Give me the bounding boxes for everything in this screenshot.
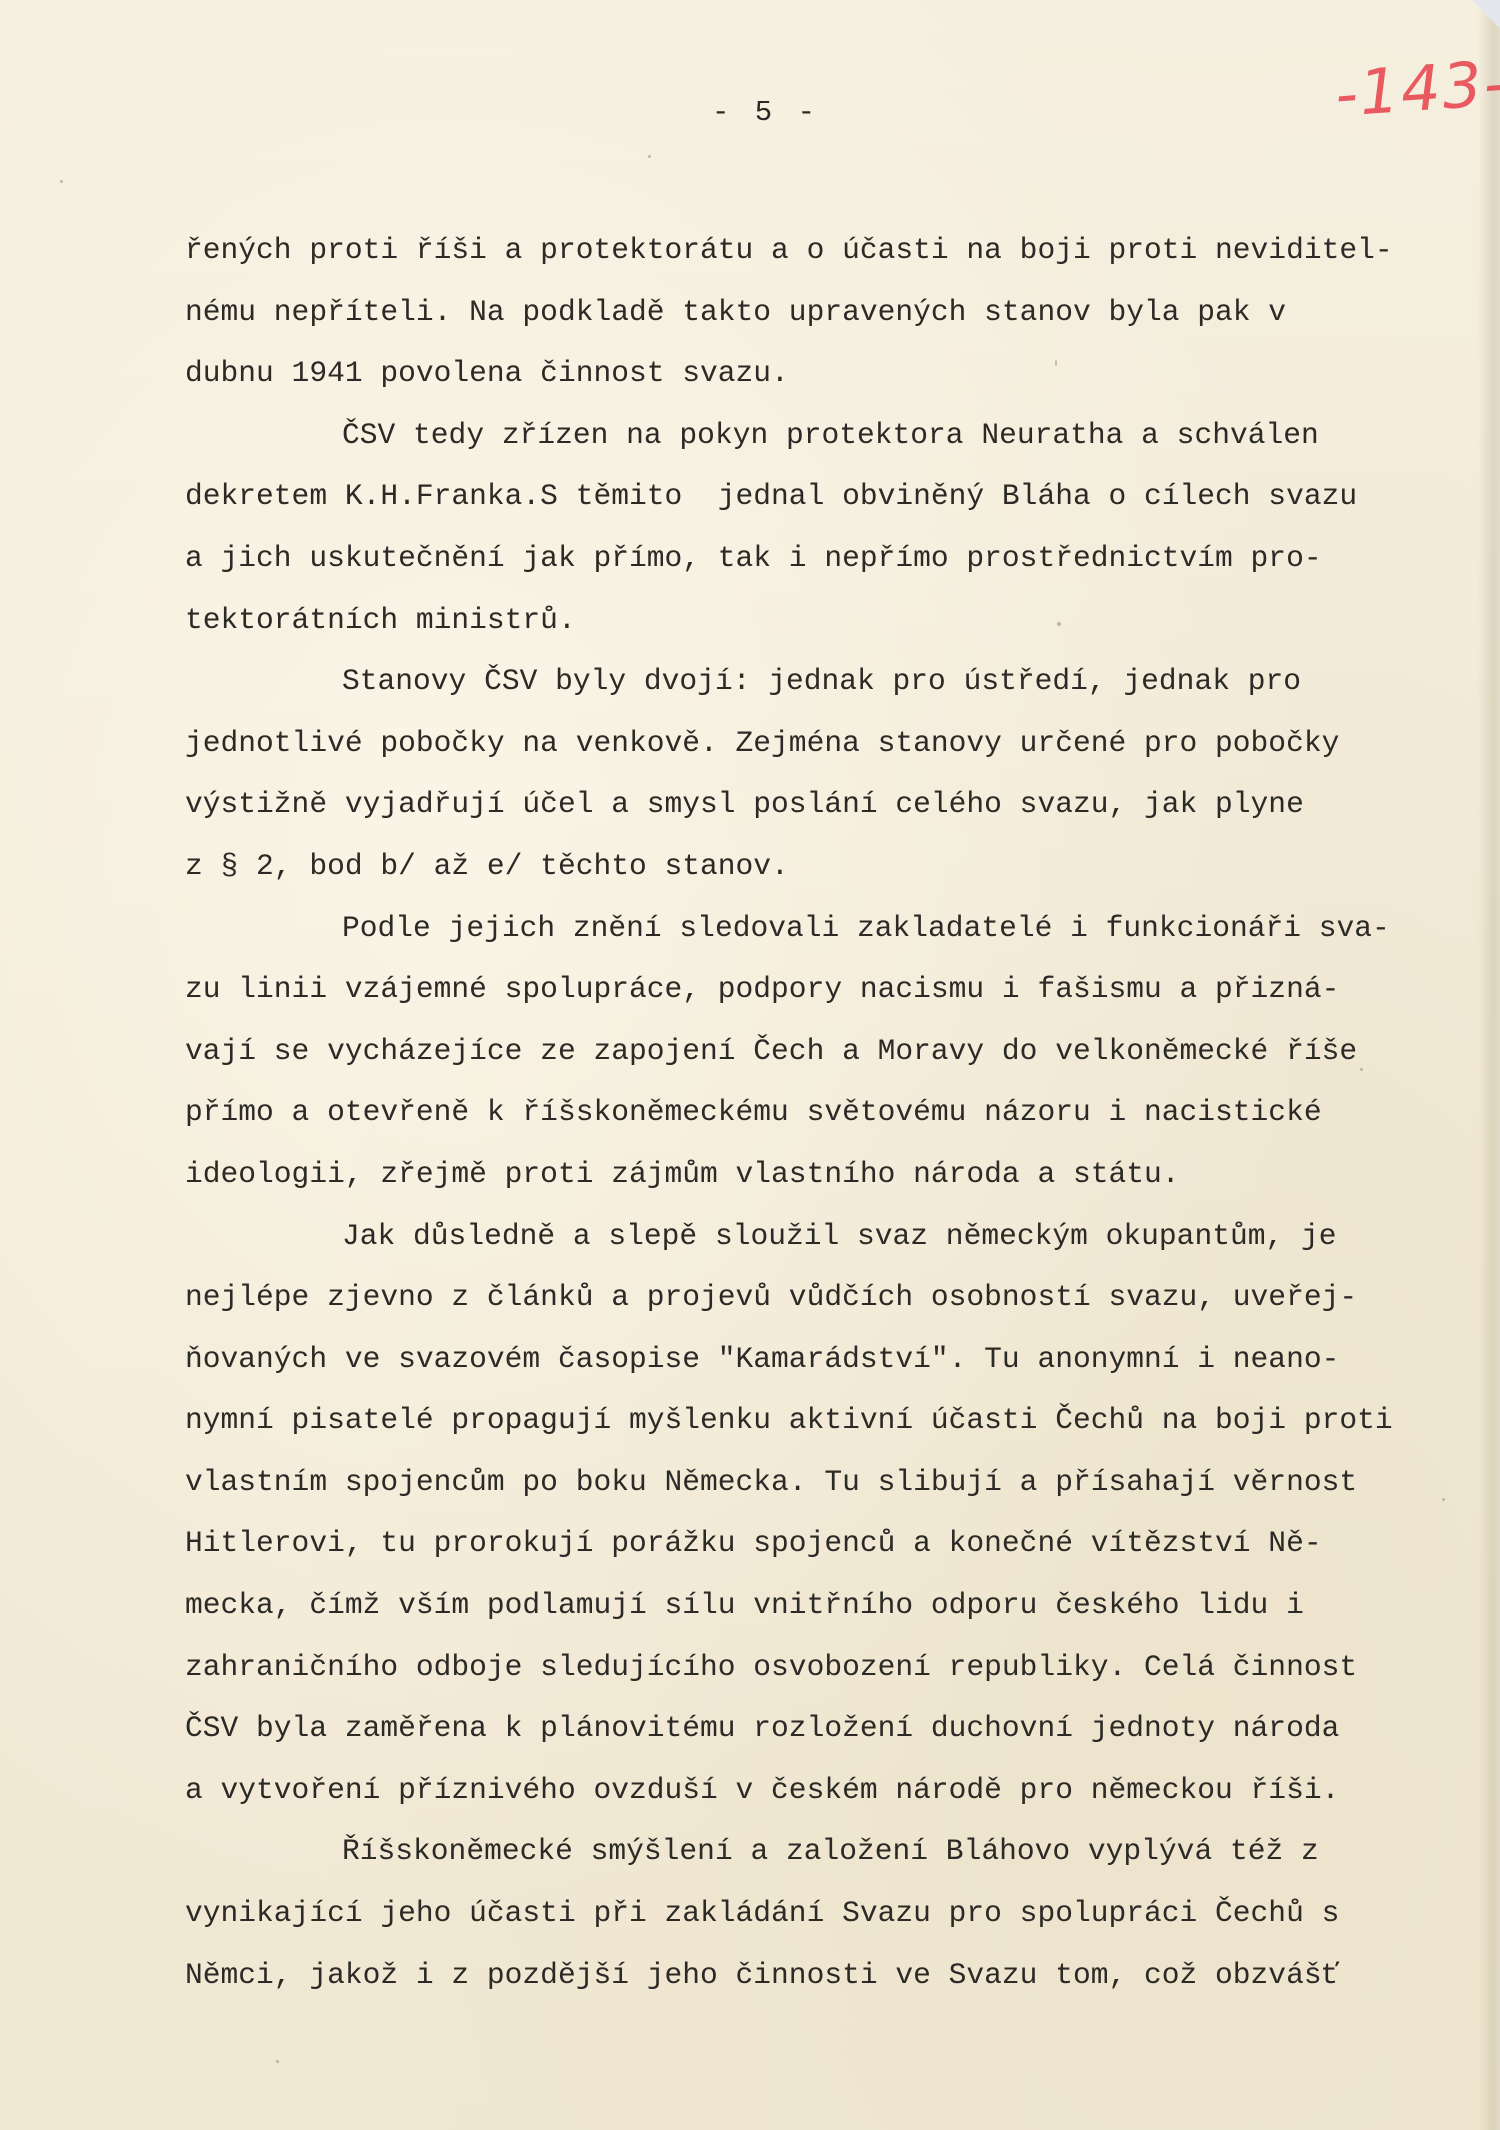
- text-line: a jich uskutečnění jak přímo, tak i nepř…: [185, 528, 1500, 590]
- text-line: tektorátních ministrů.: [185, 590, 1500, 652]
- text-line: Hitlerovi, tu prorokují porážku spojenců…: [185, 1513, 1500, 1575]
- text-line: ňovaných ve svazovém časopise "Kamarádst…: [185, 1329, 1500, 1391]
- paragraph-first-line: Říšskoněmecké smýšlení a založení Bláhov…: [185, 1821, 1500, 1883]
- text-line: z § 2, bod b/ až e/ těchto stanov.: [185, 836, 1500, 898]
- text-line: a vytvoření příznivého ovzduší v českém …: [185, 1760, 1500, 1822]
- paragraph-first-line: Podle jejich znění sledovali zakladatelé…: [185, 898, 1500, 960]
- text-line: nejlépe zjevno z článků a projevů vůdčíc…: [185, 1267, 1500, 1329]
- paper-speck: [1055, 360, 1057, 366]
- document-page: - 5 - -143- řených proti říši a protekto…: [0, 0, 1500, 2130]
- text-line: vynikající jeho účasti při zakládání Sva…: [185, 1883, 1500, 1945]
- paper-speck: [276, 2060, 279, 2063]
- paper-speck: [1442, 1498, 1445, 1501]
- typewritten-body: řených proti říši a protektorátu a o úča…: [185, 220, 1500, 2006]
- paper-speck: [1360, 1068, 1363, 1071]
- text-line: výstižně vyjadřují účel a smysl poslání …: [185, 774, 1500, 836]
- text-line: Němci, jakož i z pozdější jeho činnosti …: [185, 1945, 1500, 2007]
- text-line: přímo a otevřeně k říšskoněmeckému světo…: [185, 1082, 1500, 1144]
- paragraph-first-line: Stanovy ČSV byly dvojí: jednak pro ústře…: [185, 651, 1500, 713]
- text-line: řených proti říši a protektorátu a o úča…: [185, 220, 1500, 282]
- text-line: ČSV byla zaměřena k plánovitému rozložen…: [185, 1698, 1500, 1760]
- text-line: dekretem K.H.Franka.S těmito jednal obvi…: [185, 466, 1500, 528]
- text-line: dubnu 1941 povolena činnost svazu.: [185, 343, 1500, 405]
- text-line: zu linii vzájemné spolupráce, podpory na…: [185, 959, 1500, 1021]
- text-line: nymní pisatelé propagují myšlenku aktivn…: [185, 1390, 1500, 1452]
- text-line: mecka, čímž vším podlamují sílu vnitřníh…: [185, 1575, 1500, 1637]
- paper-speck: [60, 180, 63, 183]
- paper-speck: [648, 155, 651, 158]
- paragraph-first-line: Jak důsledně a slepě sloužil svaz německ…: [185, 1206, 1500, 1268]
- paragraph-first-line: ČSV tedy zřízen na pokyn protektora Neur…: [185, 405, 1500, 467]
- text-line: vají se vycházejíce ze zapojení Čech a M…: [185, 1021, 1500, 1083]
- text-line: vlastním spojencům po boku Německa. Tu s…: [185, 1452, 1500, 1514]
- paper-corner: [1460, 0, 1500, 30]
- text-line: jednotlivé pobočky na venkově. Zejména s…: [185, 713, 1500, 775]
- text-line: nému nepříteli. Na podkladě takto uprave…: [185, 282, 1500, 344]
- page-number: - 5 -: [712, 96, 819, 129]
- text-line: ideologii, zřejmě proti zájmům vlastního…: [185, 1144, 1500, 1206]
- folio-stamp: -143-: [1333, 46, 1500, 131]
- text-line: zahraničního odboje sledujícího osvoboze…: [185, 1637, 1500, 1699]
- paper-speck: [1057, 622, 1061, 626]
